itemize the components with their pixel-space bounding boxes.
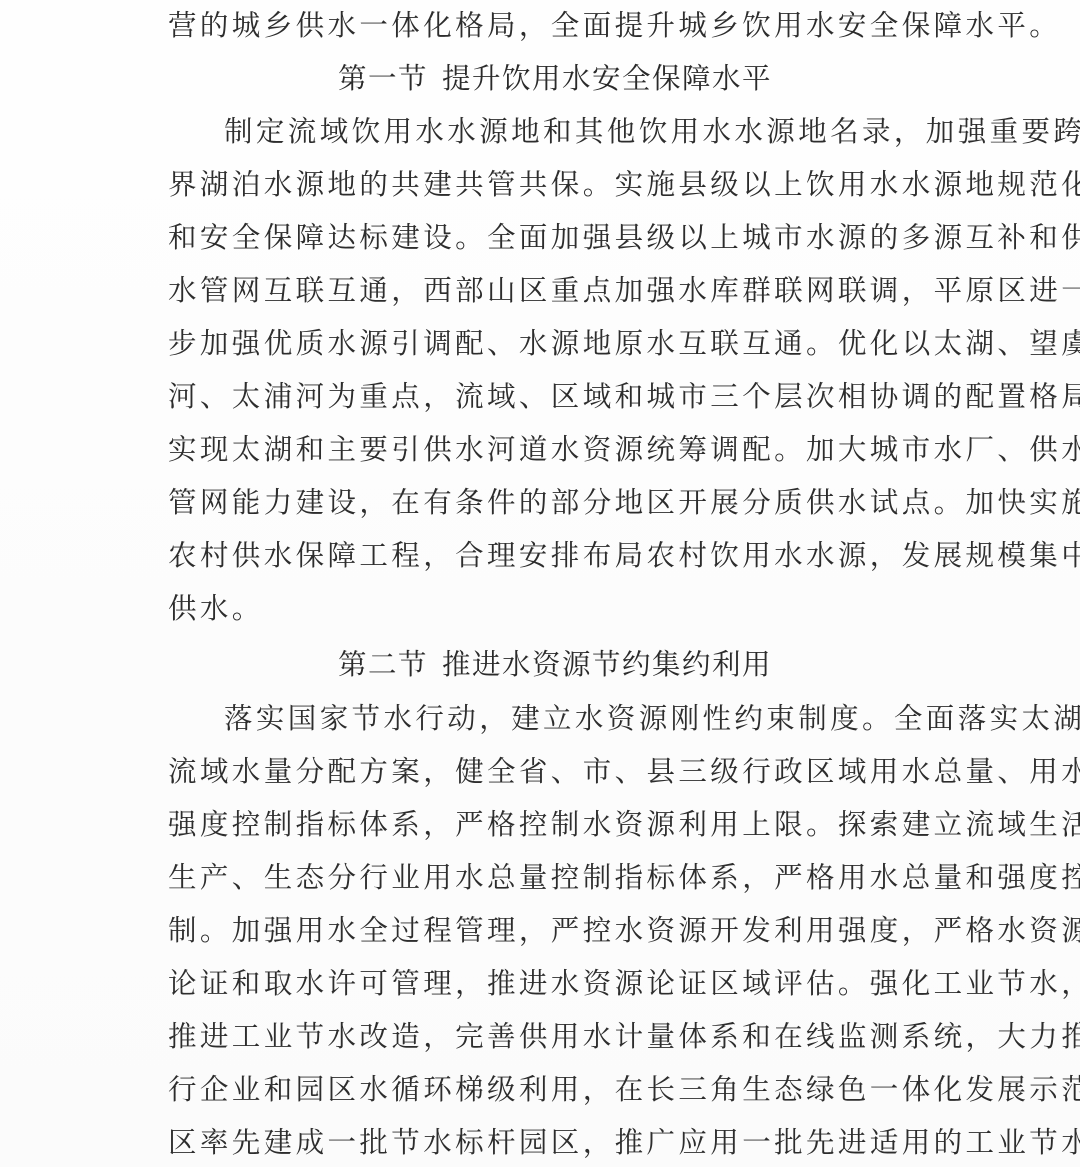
section-number: 第二节	[338, 648, 428, 681]
body-line: 推进工业节水改造，完善供用水计量体系和在线监测系统，大力推	[168, 1017, 952, 1057]
body-line: 农村供水保障工程，合理安排布局农村饮用水水源，发展规模集中	[168, 536, 952, 576]
body-line: 实现太湖和主要引供水河道水资源统筹调配。加大城市水厂、供水	[168, 430, 952, 470]
body-line: 生产、生态分行业用水总量控制指标体系，严格用水总量和强度控	[168, 858, 952, 898]
body-line: 步加强优质水源引调配、水源地原水互联互通。优化以太湖、望虞	[168, 324, 952, 364]
body-line: 管网能力建设，在有条件的部分地区开展分质供水试点。加快实施	[168, 483, 952, 523]
section-title: 推进水资源节约集约利用	[442, 648, 772, 681]
body-line: 河、太浦河为重点，流域、区域和城市三个层次相协调的配置格局，	[168, 377, 952, 417]
body-line: 强度控制指标体系，严格控制水资源利用上限。探索建立流域生活、	[168, 805, 952, 845]
body-line: 流域水量分配方案，健全省、市、县三级行政区域用水总量、用水	[168, 752, 952, 792]
body-line: 界湖泊水源地的共建共管共保。实施县级以上饮用水水源地规范化	[168, 165, 952, 205]
body-line: 营的城乡供水一体化格局，全面提升城乡饮用水安全保障水平。	[168, 6, 952, 46]
document-page: 营的城乡供水一体化格局，全面提升城乡饮用水安全保障水平。 第一节提升饮用水安全保…	[0, 0, 1080, 1167]
paragraph-start-line: 落实国家节水行动，建立水资源刚性约束制度。全面落实太湖	[224, 699, 952, 739]
section-title: 提升饮用水安全保障水平	[442, 62, 772, 95]
paragraph-start-line: 制定流域饮用水水源地和其他饮用水水源地名录，加强重要跨	[224, 112, 952, 152]
body-line: 区率先建成一批节水标杆园区，推广应用一批先进适用的工业节水	[168, 1123, 952, 1163]
body-line: 论证和取水许可管理，推进水资源论证区域评估。强化工业节水，	[168, 964, 952, 1004]
section-number: 第一节	[338, 62, 428, 95]
section-heading-2: 第二节推进水资源节约集约利用	[0, 645, 1080, 685]
body-line: 供水。	[168, 589, 952, 629]
body-line: 制。加强用水全过程管理，严控水资源开发利用强度，严格水资源	[168, 911, 952, 951]
body-line: 行企业和园区水循环梯级利用，在长三角生态绿色一体化发展示范	[168, 1070, 952, 1110]
body-line: 和安全保障达标建设。全面加强县级以上城市水源的多源互补和供	[168, 218, 952, 258]
section-heading-1: 第一节提升饮用水安全保障水平	[0, 59, 1080, 99]
body-line: 水管网互联互通，西部山区重点加强水库群联网联调，平原区进一	[168, 271, 952, 311]
